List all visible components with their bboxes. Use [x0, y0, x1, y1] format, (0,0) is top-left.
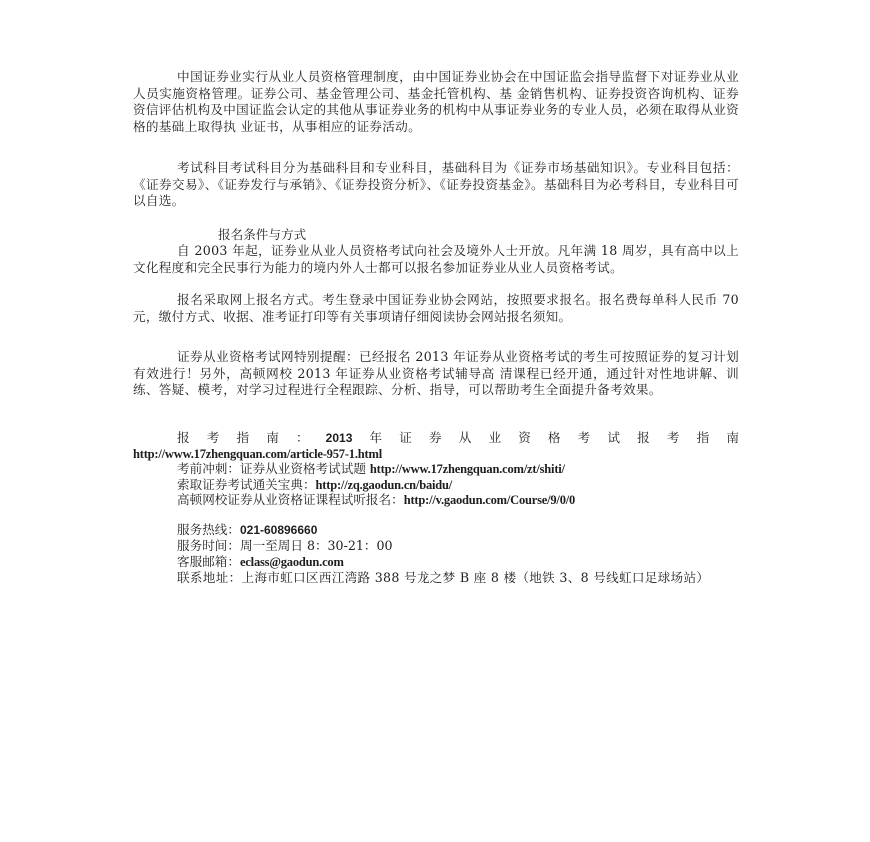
email-label: 客服邮箱：	[177, 554, 240, 569]
hours-value: 周一至周日 8：30-21：00	[240, 538, 393, 553]
guide-char: 试	[607, 430, 620, 446]
paragraph-text: 自 2003 年起，证券业从业人员资格考试向社会及境外人士开放。凡年满 18 周…	[133, 243, 739, 276]
email-link[interactable]: eclass@gaodun.com	[240, 555, 344, 569]
exam-guide: 报 考 指 南 ： 2013 年 证 券 从 业 资 格 考 试 报 考 指 南…	[133, 430, 739, 462]
address-text: 联系地址：上海市虹口区西江湾路 388 号龙之梦 B 座 8 楼（地铁 3、8 …	[133, 570, 739, 586]
address-value: 上海市虹口区西江湾路 388 号龙之梦 B 座 8 楼（地铁 3、8 号线虹口足…	[241, 570, 709, 585]
guide-char: 考	[207, 430, 220, 446]
guide-char: 年	[370, 430, 383, 446]
guide-char: ：	[296, 430, 309, 446]
guide-char: 南	[266, 430, 279, 446]
paragraph-text: 考试科目考试科目分为基础科目和专业科目，基础科目为《证券市场基础知识》。专业科目…	[133, 160, 739, 210]
guide-char: 证	[399, 430, 412, 446]
contact-hours: 服务时间：周一至周日 8：30-21：00	[177, 538, 392, 554]
exam-guide-link[interactable]: http://www.17zhengquan.com/article-957-1…	[133, 447, 382, 461]
guide-char: 报	[637, 430, 650, 446]
hours-label: 服务时间：	[177, 538, 240, 553]
guide-char: 南	[726, 430, 739, 446]
link-line-study-guide: 索取证券考试通关宝典：http://zq.gaodun.cn/baidu/	[177, 477, 452, 493]
document-page: 中国证券业实行从业人员资格管理制度，由中国证券业协会在中国证监会指导监督下对证券…	[0, 0, 870, 842]
link-label: 高顿网校证券从业资格证课程试听报名：	[177, 492, 404, 507]
link-label: 索取证券考试通关宝典：	[177, 477, 316, 492]
guide-char: 指	[236, 430, 249, 446]
section-heading-registration: 报名条件与方式	[218, 227, 306, 243]
paragraph-text: 证券从业资格考试网特别提醒：已经报名 2013 年证券从业资格考试的考生可按照证…	[133, 349, 739, 399]
guide-char: 从	[459, 430, 472, 446]
study-guide-link[interactable]: http://zq.gaodun.cn/baidu/	[316, 478, 453, 492]
guide-char: 考	[667, 430, 680, 446]
guide-char: 券	[429, 430, 442, 446]
paragraph-exam-subjects: 考试科目考试科目分为基础科目和专业科目，基础科目为《证券市场基础知识》。专业科目…	[133, 160, 739, 210]
paragraph-eligibility: 自 2003 年起，证券业从业人员资格考试向社会及境外人士开放。凡年满 18 周…	[133, 243, 739, 276]
guide-char: 资	[518, 430, 531, 446]
course-trial-link[interactable]: http://v.gaodun.com/Course/9/0/0	[404, 493, 575, 507]
guide-char: 考	[578, 430, 591, 446]
link-line-course-trial: 高顿网校证券从业资格证课程试听报名：http://v.gaodun.com/Co…	[177, 492, 575, 508]
paragraph-text: 中国证券业实行从业人员资格管理制度，由中国证券业协会在中国证监会指导监督下对证券…	[133, 69, 739, 135]
link-label: 考前冲刺：证券从业资格考试试题	[177, 461, 370, 476]
hotline-value: 021-60896660	[240, 523, 317, 537]
paragraph-qualification-system: 中国证券业实行从业人员资格管理制度，由中国证券业协会在中国证监会指导监督下对证券…	[133, 69, 739, 135]
exam-guide-label: 报 考 指 南 ： 2013 年 证 券 从 业 资 格 考 试 报 考 指 南	[133, 430, 739, 446]
link-line-practice-exams: 考前冲刺：证券从业资格考试试题 http://www.17zhengquan.c…	[177, 461, 565, 477]
guide-char: 格	[548, 430, 561, 446]
guide-char: 2013	[326, 430, 353, 446]
guide-char: 指	[697, 430, 710, 446]
practice-exams-link[interactable]: http://www.17zhengquan.com/zt/shiti/	[370, 462, 565, 476]
guide-char: 报	[177, 430, 190, 446]
paragraph-text: 报名采取网上报名方式。考生登录中国证券业协会网站，按照要求报名。报名费每单科人民…	[133, 292, 739, 325]
contact-email: 客服邮箱：eclass@gaodun.com	[177, 554, 344, 570]
guide-char: 业	[488, 430, 501, 446]
contact-hotline: 服务热线：021-60896660	[177, 522, 317, 538]
address-label: 联系地址：	[177, 570, 241, 585]
hotline-label: 服务热线：	[177, 522, 240, 537]
paragraph-reminder: 证券从业资格考试网特别提醒：已经报名 2013 年证券从业资格考试的考生可按照证…	[133, 349, 739, 399]
paragraph-registration-method: 报名采取网上报名方式。考生登录中国证券业协会网站，按照要求报名。报名费每单科人民…	[133, 292, 739, 325]
contact-address: 联系地址：上海市虹口区西江湾路 388 号龙之梦 B 座 8 楼（地铁 3、8 …	[133, 570, 739, 586]
